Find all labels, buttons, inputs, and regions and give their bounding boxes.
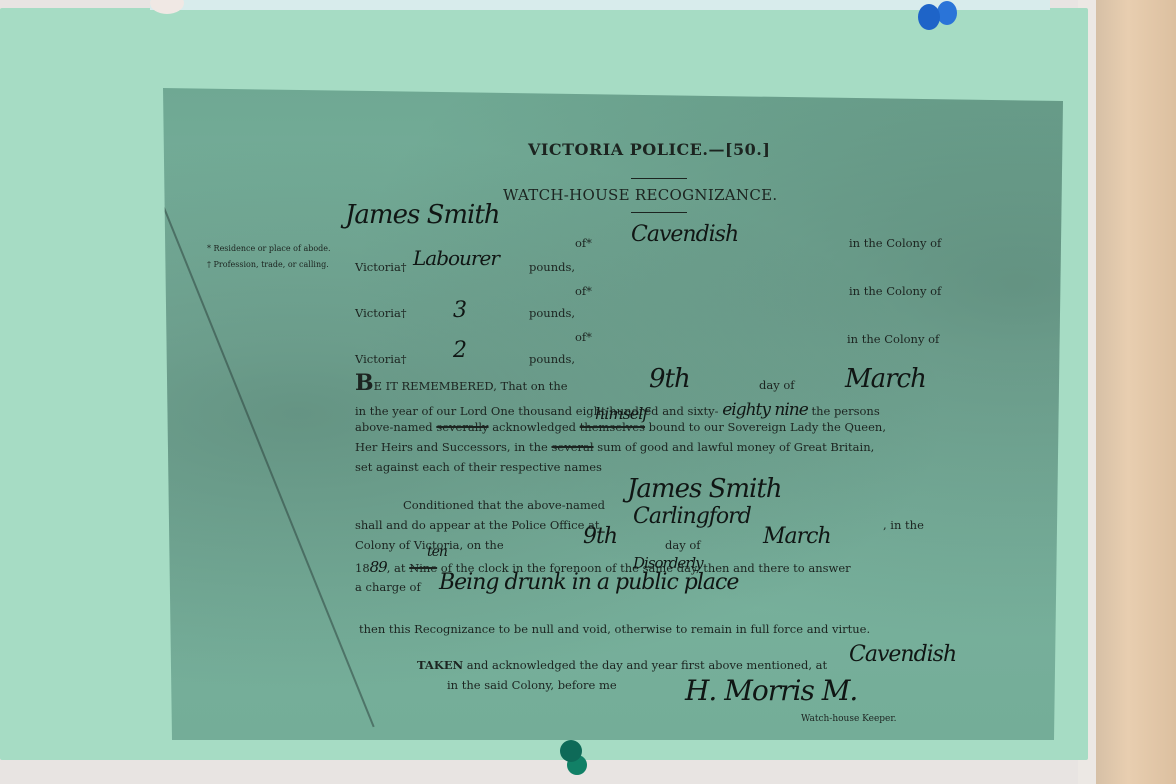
taken-line-2: in the said Colony, before me bbox=[447, 678, 617, 692]
handwritten-profession: Labourer bbox=[413, 246, 499, 270]
handwritten-year: 89 bbox=[370, 558, 387, 576]
conditioned-line-1: Conditioned that the above-named bbox=[403, 498, 605, 512]
handwritten-amount: 2 bbox=[453, 338, 466, 363]
taken-line-1: TAKEN and acknowledged the day and year … bbox=[417, 658, 827, 672]
of-label: of* bbox=[575, 330, 592, 344]
remembered-line-1: BE IT REMEMBERED, That on the bbox=[355, 370, 568, 396]
remembered-line-4: Her Heirs and Successors, in the several… bbox=[355, 440, 874, 454]
text: and acknowledged the day and year first … bbox=[467, 658, 827, 672]
title-rule bbox=[631, 178, 687, 179]
text: above-named bbox=[355, 420, 433, 434]
text: E IT REMEMBERED, That on the bbox=[374, 379, 568, 393]
struck-text: Nine bbox=[409, 561, 437, 575]
text: , at bbox=[387, 561, 406, 575]
colony-label: in the Colony of bbox=[847, 332, 939, 346]
day-of-label: day of bbox=[665, 538, 701, 552]
subtitle-rule bbox=[631, 212, 687, 213]
watch-house-recognizance-document: VICTORIA POLICE.—[50.] WATCH-HOUSE RECOG… bbox=[163, 88, 1063, 740]
handwritten-month: March bbox=[763, 524, 831, 549]
pushpin-icon-blue bbox=[918, 4, 940, 30]
handwritten-amount: 3 bbox=[453, 298, 466, 323]
handwritten-place: Cavendish bbox=[849, 642, 956, 667]
document-subtitle: WATCH-HOUSE RECOGNIZANCE. bbox=[503, 186, 777, 204]
watch-house-keeper-label: Watch-house Keeper. bbox=[801, 714, 897, 724]
margin-note-profession: † Profession, trade, or calling. bbox=[207, 260, 329, 269]
handwritten-day: 9th bbox=[649, 364, 690, 394]
colony-label: in the Colony of bbox=[849, 284, 941, 298]
text: acknowledged bbox=[492, 420, 576, 434]
margin-note-residence: * Residence or place of abode. bbox=[207, 244, 331, 253]
taken-bold: TAKEN bbox=[417, 658, 463, 672]
handwritten-place: Carlingford bbox=[633, 504, 751, 529]
text: 18 bbox=[355, 561, 370, 575]
conditioned-line-5: a charge of bbox=[355, 580, 421, 594]
handwritten-name: James Smith bbox=[627, 474, 782, 504]
signature: H. Morris M. bbox=[685, 674, 857, 707]
text: bound to our Sovereign Lady the Queen, bbox=[649, 420, 886, 434]
handwritten-himself: himself bbox=[595, 404, 647, 423]
handwritten-hour: ten bbox=[427, 544, 447, 560]
text: Her Heirs and Successors, in the bbox=[355, 440, 548, 454]
pounds-label: pounds, bbox=[529, 306, 575, 320]
text: the persons bbox=[811, 404, 879, 418]
struck-text: several bbox=[551, 440, 593, 454]
paper-strip bbox=[150, 0, 1050, 10]
pounds-label: pounds, bbox=[529, 352, 575, 366]
text: in the year of our Lord One thousand eig… bbox=[355, 404, 719, 418]
pounds-label: pounds, bbox=[529, 260, 575, 274]
remembered-line-5: set against each of their respective nam… bbox=[355, 460, 602, 474]
handwritten-day: 9th bbox=[583, 524, 617, 549]
victoria-label: Victoria† bbox=[355, 352, 407, 366]
of-label: of* bbox=[575, 236, 592, 250]
document-title: VICTORIA POLICE.—[50.] bbox=[528, 140, 770, 159]
conditioned-line-6: then this Recognizance to be null and vo… bbox=[359, 622, 870, 636]
struck-text: severally bbox=[436, 420, 488, 434]
of-label: of* bbox=[575, 284, 592, 298]
wooden-frame bbox=[1096, 0, 1176, 784]
handwritten-abode: Cavendish bbox=[631, 222, 738, 247]
victoria-label: Victoria† bbox=[355, 306, 407, 320]
handwritten-name: James Smith bbox=[345, 200, 500, 230]
handwritten-year: eighty nine bbox=[722, 400, 808, 420]
day-of-label: day of bbox=[759, 378, 795, 392]
handwritten-month: March bbox=[845, 364, 926, 394]
victoria-label: Victoria† bbox=[355, 260, 407, 274]
paper-fold bbox=[163, 207, 375, 727]
in-the-label: , in the bbox=[883, 518, 924, 532]
pushpin-icon-teal bbox=[560, 740, 582, 762]
text: sum of good and lawful money of Great Br… bbox=[597, 440, 874, 454]
drop-cap: B bbox=[355, 370, 374, 396]
handwritten-charge: Being drunk in a public place bbox=[439, 570, 738, 595]
conditioned-line-2: shall and do appear at the Police Office… bbox=[355, 518, 600, 532]
colony-label: in the Colony of bbox=[849, 236, 941, 250]
